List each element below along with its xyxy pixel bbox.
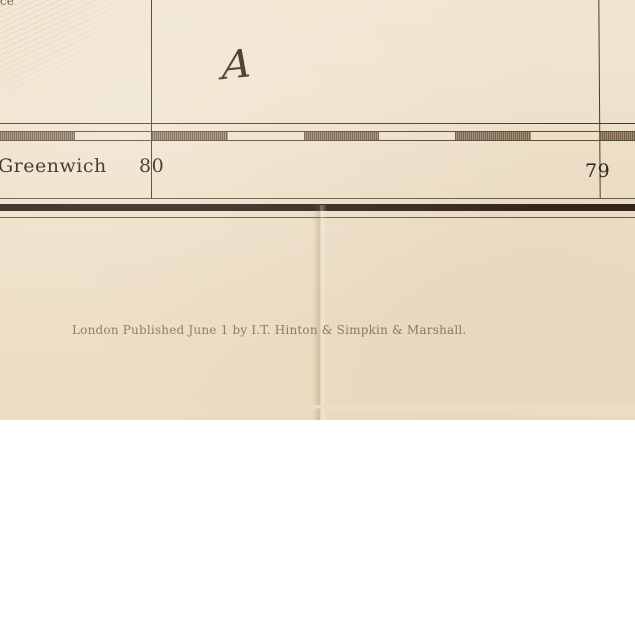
map-sheet: ce A Greenwich 80 79 London Published Ju…: [0, 0, 635, 420]
scale-segment: [0, 132, 75, 140]
border-line-top: [0, 123, 635, 124]
grid-letter: A: [217, 41, 257, 90]
longitude-80: 80: [139, 155, 164, 177]
fold-crease: [313, 205, 327, 420]
scale-segment: [152, 132, 228, 140]
longitude-79: 79: [585, 160, 610, 182]
torn-paper-edge: [0, 405, 635, 425]
scale-segment: [455, 132, 531, 140]
graduated-border-scale: [0, 131, 635, 141]
scale-segment: [600, 132, 635, 140]
meridian-label: Greenwich: [0, 155, 107, 177]
relief-hatching: [0, 0, 150, 110]
publisher-imprint: London Published June 1 by I.T. Hinton &…: [72, 323, 466, 337]
cropped-place-name: ce: [0, 0, 14, 8]
border-thin-rule: [0, 198, 635, 199]
scale-segment: [304, 132, 379, 140]
